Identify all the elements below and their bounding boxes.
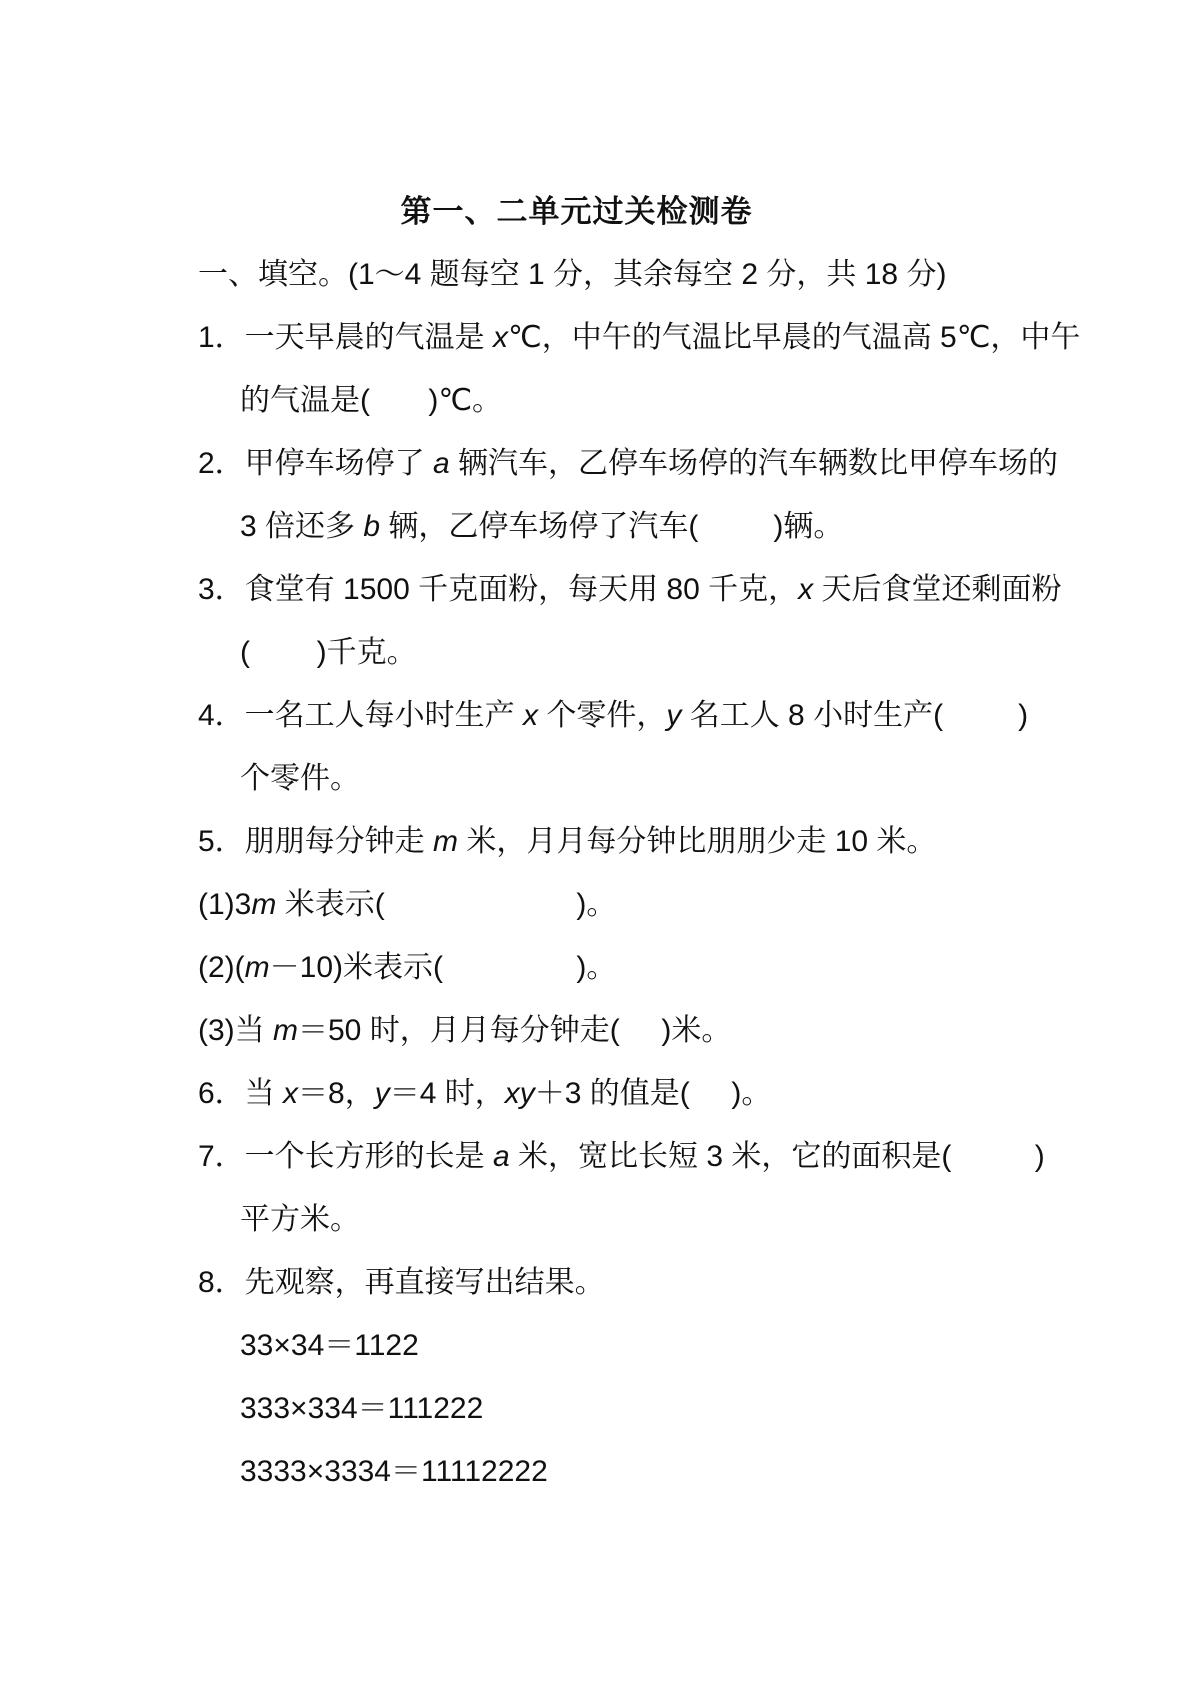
section-heading: 一、填空。(1～4 题每空 1 分，其余每空 2 分，共 18 分) bbox=[198, 243, 995, 306]
question-1-line-2: 的气温是( )℃。 bbox=[198, 369, 995, 432]
question-8: 8．先观察，再直接写出结果。 33×34＝1122 333×334＝111222… bbox=[198, 1251, 995, 1503]
question-1-line-1: 1．一天早晨的气温是 x℃，中午的气温比早晨的气温高 5℃，中午 bbox=[198, 306, 995, 369]
page-title: 第一、二单元过关检测卷 bbox=[158, 180, 995, 243]
question-4-line-2: 个零件。 bbox=[198, 747, 995, 810]
question-5-subitem-3: (3)当 m＝50 时，月月每分钟走( )米。 bbox=[198, 999, 995, 1062]
question-5-subitem-1: (1)3m 米表示( )。 bbox=[198, 873, 995, 936]
question-5-line-1: 5．朋朋每分钟走 m 米，月月每分钟比朋朋少走 10 米。 bbox=[198, 810, 995, 873]
question-6: 6．当 x＝8，y＝4 时，xy＋3 的值是( )。 bbox=[198, 1062, 995, 1125]
question-3-line-1: 3．食堂有 1500 千克面粉，每天用 80 千克，x 天后食堂还剩面粉 bbox=[198, 558, 995, 621]
question-2: 2．甲停车场停了 a 辆汽车，乙停车场停的汽车辆数比甲停车场的 3 倍还多 b … bbox=[198, 432, 995, 558]
question-3-line-2: ( )千克。 bbox=[198, 621, 995, 684]
question-1: 1．一天早晨的气温是 x℃，中午的气温比早晨的气温高 5℃，中午 的气温是( )… bbox=[198, 306, 995, 432]
question-8-equation-3: 3333×3334＝11112222 bbox=[198, 1440, 995, 1503]
question-8-equation-2: 333×334＝111222 bbox=[198, 1377, 995, 1440]
question-8-line-1: 8．先观察，再直接写出结果。 bbox=[198, 1251, 995, 1314]
question-7: 7．一个长方形的长是 a 米，宽比长短 3 米，它的面积是( ) 平方米。 bbox=[198, 1125, 995, 1251]
question-5: 5．朋朋每分钟走 m 米，月月每分钟比朋朋少走 10 米。 (1)3m 米表示(… bbox=[198, 810, 995, 1062]
exam-page: 第一、二单元过关检测卷 一、填空。(1～4 题每空 1 分，其余每空 2 分，共… bbox=[0, 0, 1191, 1684]
question-8-equation-1: 33×34＝1122 bbox=[198, 1314, 995, 1377]
question-5-subitem-2: (2)(m－10)米表示( )。 bbox=[198, 936, 995, 999]
question-4: 4．一名工人每小时生产 x 个零件，y 名工人 8 小时生产( ) 个零件。 bbox=[198, 684, 995, 810]
question-7-line-2: 平方米。 bbox=[198, 1188, 995, 1251]
question-4-line-1: 4．一名工人每小时生产 x 个零件，y 名工人 8 小时生产( ) bbox=[198, 684, 995, 747]
question-2-line-2: 3 倍还多 b 辆，乙停车场停了汽车( )辆。 bbox=[198, 495, 995, 558]
question-2-line-1: 2．甲停车场停了 a 辆汽车，乙停车场停的汽车辆数比甲停车场的 bbox=[198, 432, 995, 495]
question-3: 3．食堂有 1500 千克面粉，每天用 80 千克，x 天后食堂还剩面粉 ( )… bbox=[198, 558, 995, 684]
question-7-line-1: 7．一个长方形的长是 a 米，宽比长短 3 米，它的面积是( ) bbox=[198, 1125, 995, 1188]
question-6-line-1: 6．当 x＝8，y＝4 时，xy＋3 的值是( )。 bbox=[198, 1062, 995, 1125]
